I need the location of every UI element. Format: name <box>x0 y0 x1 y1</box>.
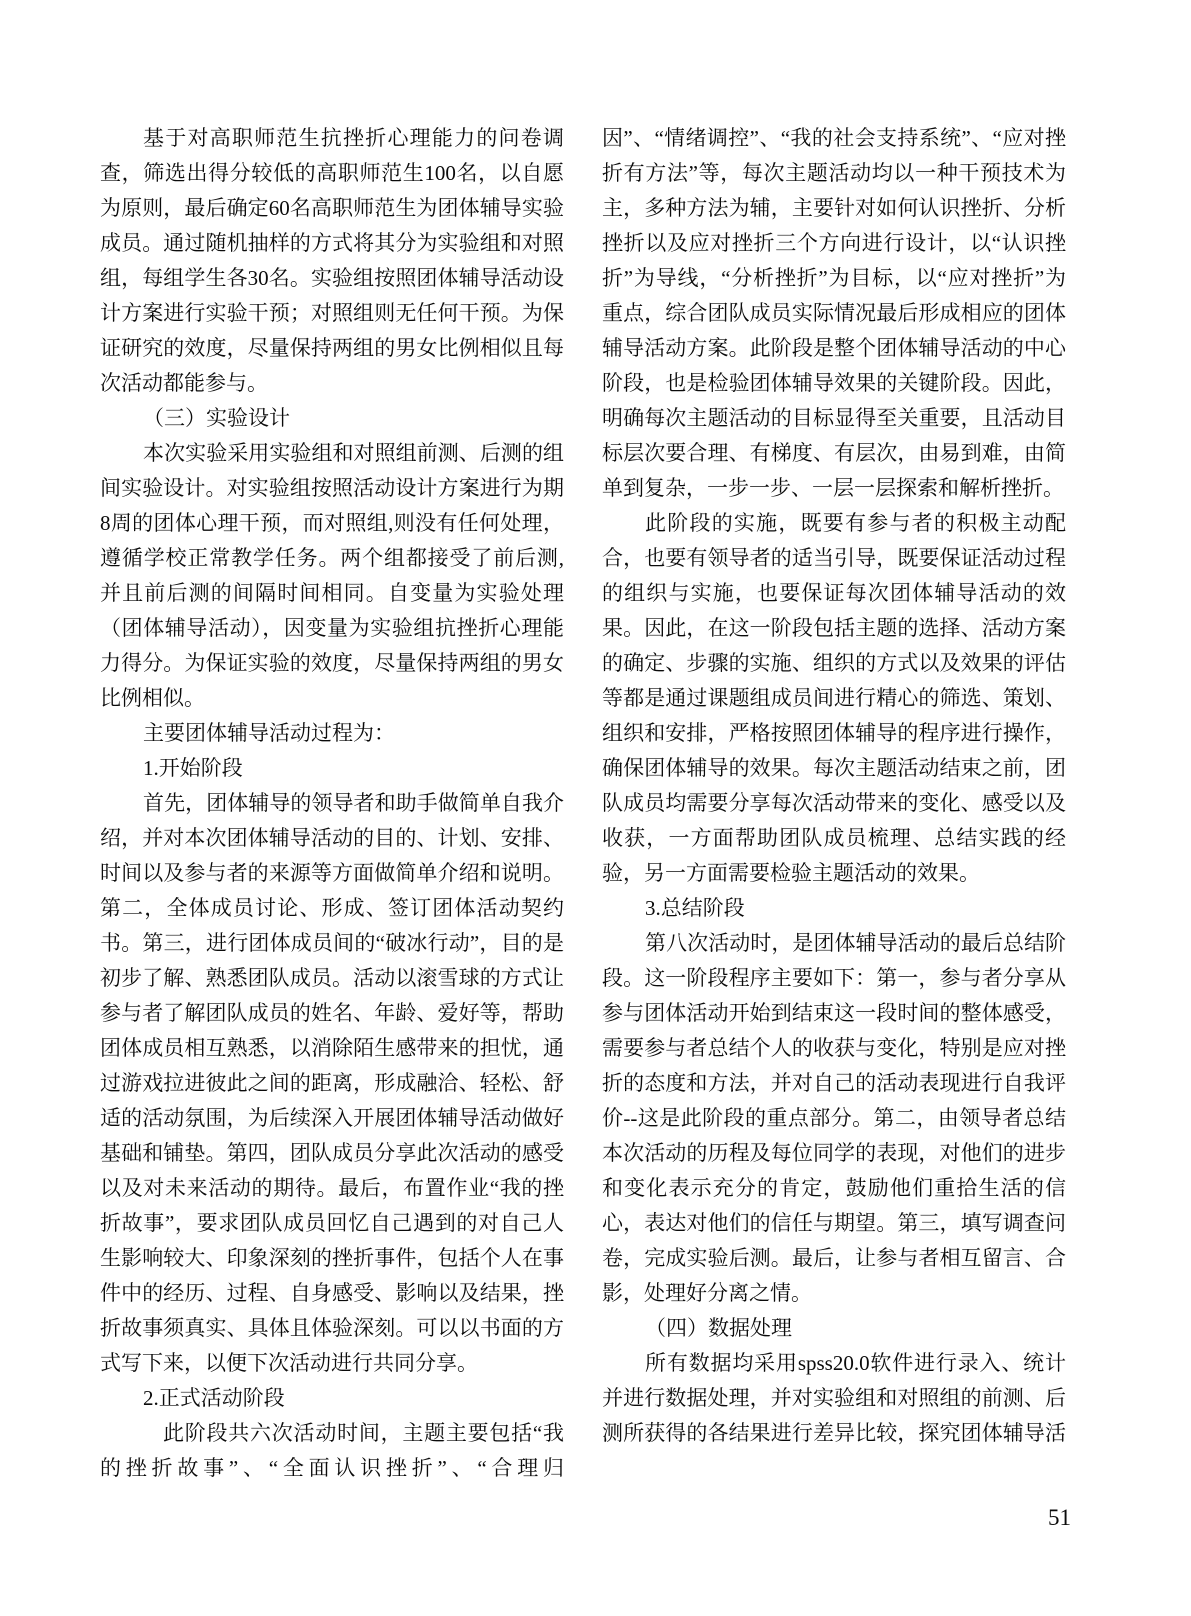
text-column-left: 基于对高职师范生抗挫折心理能力的问卷调查，筛选出得分较低的高职师范生100名，以… <box>100 121 564 1486</box>
section-heading-data-processing: （四）数据处理 <box>602 1311 1066 1346</box>
section-heading-experiment-design: （三）实验设计 <box>100 401 564 436</box>
paragraph-stage-implementation: 此阶段的实施，既要有参与者的积极主动配合，也要有领导者的适当引导，既要保证活动过… <box>602 506 1066 891</box>
paragraph-experiment-design: 本次实验采用实验组和对照组前测、后测的组间实验设计。对实验组按照活动设计方案进行… <box>100 436 564 716</box>
document-page: 基于对高职师范生抗挫折心理能力的问卷调查，筛选出得分较低的高职师范生100名，以… <box>0 0 1191 1616</box>
paragraph-summary-stage: 第八次活动时，是团体辅导活动的最后总结阶段。这一阶段程序主要如下：第一，参与者分… <box>602 926 1066 1311</box>
paragraph-process-intro: 主要团体辅导活动过程为： <box>100 716 564 751</box>
subsection-heading-start-stage: 1.开始阶段 <box>100 751 564 786</box>
subsection-heading-formal-stage: 2.正式活动阶段 <box>100 1381 564 1416</box>
paragraph-formal-stage-start: 此阶段共六次活动时间，主题主要包括“我的挫折故事”、“全面认识挫折”、“合理归 <box>100 1416 564 1486</box>
paragraph-data-processing: 所有数据均采用spss20.0软件进行录入、统计并进行数据处理，并对实验组和对照… <box>602 1346 1066 1451</box>
paragraph-formal-stage-continued: 因”、“情绪调控”、“我的社会支持系统”、“应对挫折有方法”等，每次主题活动均以… <box>602 121 1066 506</box>
paragraph-intro: 基于对高职师范生抗挫折心理能力的问卷调查，筛选出得分较低的高职师范生100名，以… <box>100 121 564 401</box>
paragraph-start-stage: 首先，团体辅导的领导者和助手做简单自我介绍，并对本次团体辅导活动的目的、计划、安… <box>100 786 564 1381</box>
subsection-heading-summary-stage: 3.总结阶段 <box>602 891 1066 926</box>
text-column-right: 因”、“情绪调控”、“我的社会支持系统”、“应对挫折有方法”等，每次主题活动均以… <box>602 121 1066 1451</box>
page-number: 51 <box>1048 1503 1071 1533</box>
